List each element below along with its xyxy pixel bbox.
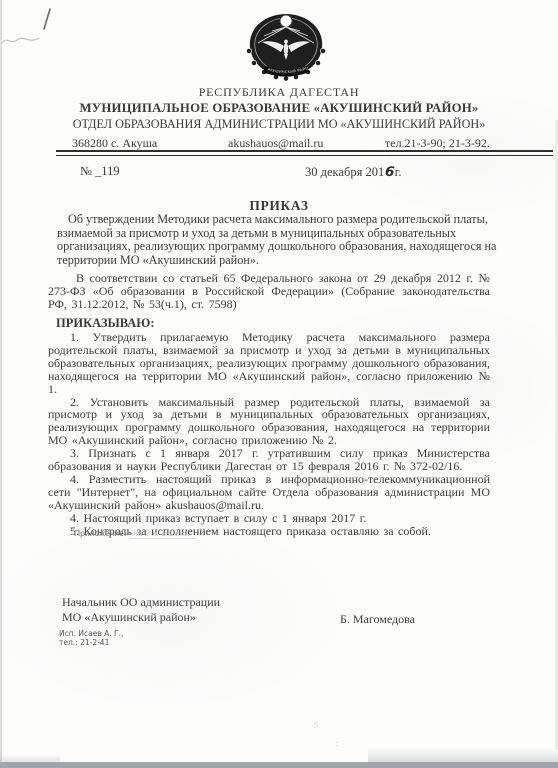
scan-speck: 5 [314, 721, 318, 730]
phone-numbers: тел.21-3-90; 21-3-92. [385, 136, 490, 151]
order-subject: Об утверждении Методики расчета максимал… [57, 213, 503, 268]
sun-icon [280, 15, 292, 27]
order-item: 4. Разместить настоящий приказ в информа… [48, 473, 490, 512]
order-items: 1. Утвердить прилагаемую Методику расчет… [48, 331, 490, 538]
signatory-name: Б. Магомедова [340, 612, 415, 627]
municipality-line: МУНИЦИПАЛЬНОЕ ОБРАЗОВАНИЕ «АКУШИНСКИЙ РА… [0, 101, 558, 116]
signatory-position-line1: Начальник ОО администрации [62, 595, 220, 610]
attachment-handwritten-note: на 2 л. в 1 экз. [129, 528, 196, 539]
letterhead: РЕСПУБЛИКА ДАГЕСТАН МУНИЦИПАЛЬНОЕ ОБРАЗО… [0, 85, 558, 132]
order-date: 30 декабря 2016г. [305, 164, 401, 180]
order-date-printed: 30 декабря 201 [305, 165, 384, 179]
signatory-position: Начальник ОО администрации МО «Акушински… [62, 595, 220, 624]
letterhead-divider [56, 150, 553, 156]
command-label: ПРИКАЗЫВАЮ: [56, 316, 155, 331]
handwritten-pen-marks [0, 0, 70, 60]
scan-edge-bottom-fade [368, 748, 558, 762]
order-number: № _119 [80, 164, 120, 179]
attachment-line: Приложение:на 2 л. в 1 экз. [74, 528, 196, 538]
order-date-suffix: г. [395, 165, 402, 179]
order-date-handwritten-digit: 6 [384, 164, 395, 181]
order-item: 4. Настоящий приказ вступает в силу с 1 … [48, 512, 490, 525]
order-item: 3. Признать с 1 января 2017 г. утративши… [48, 447, 490, 473]
coat-of-arms-emblem: АКУШИНСКИЙ РАЙОН [236, 9, 336, 82]
department-line: ОТДЕЛ ОБРАЗОВАНИЯ АДМИНИСТРАЦИИ МО «АКУШ… [0, 117, 558, 132]
executor-name-line: Исп. Исаев А. Г., [59, 629, 123, 638]
scan-edge-left [0, 0, 2, 768]
order-preamble: В соответствии со статьей 65 Федеральног… [48, 272, 490, 312]
executor-info: Исп. Исаев А. Г., тел.: 21-2-41 [59, 629, 123, 647]
scan-speck: : [336, 739, 338, 748]
email-address: akushauos@mail.ru [228, 136, 323, 151]
republic-line: РЕСПУБЛИКА ДАГЕСТАН [0, 85, 558, 100]
order-item: 1. Утвердить прилагаемую Методику расчет… [48, 331, 490, 396]
attachment-label: Приложение: [74, 528, 126, 538]
scan-edge-bottom [0, 762, 558, 768]
order-item: 2. Установить максимальный размер родите… [48, 396, 490, 448]
signatory-position-line2: МО «Акушинский район» [62, 610, 220, 625]
scanned-order-document: АКУШИНСКИЙ РАЙОН РЕСПУБЛИКА ДАГЕСТАН МУН… [0, 0, 558, 768]
postal-address: 368280 с. Акуша [72, 136, 157, 151]
executor-phone-line: тел.: 21-2-41 [59, 638, 123, 647]
scan-edge-bottom-left [0, 754, 60, 762]
